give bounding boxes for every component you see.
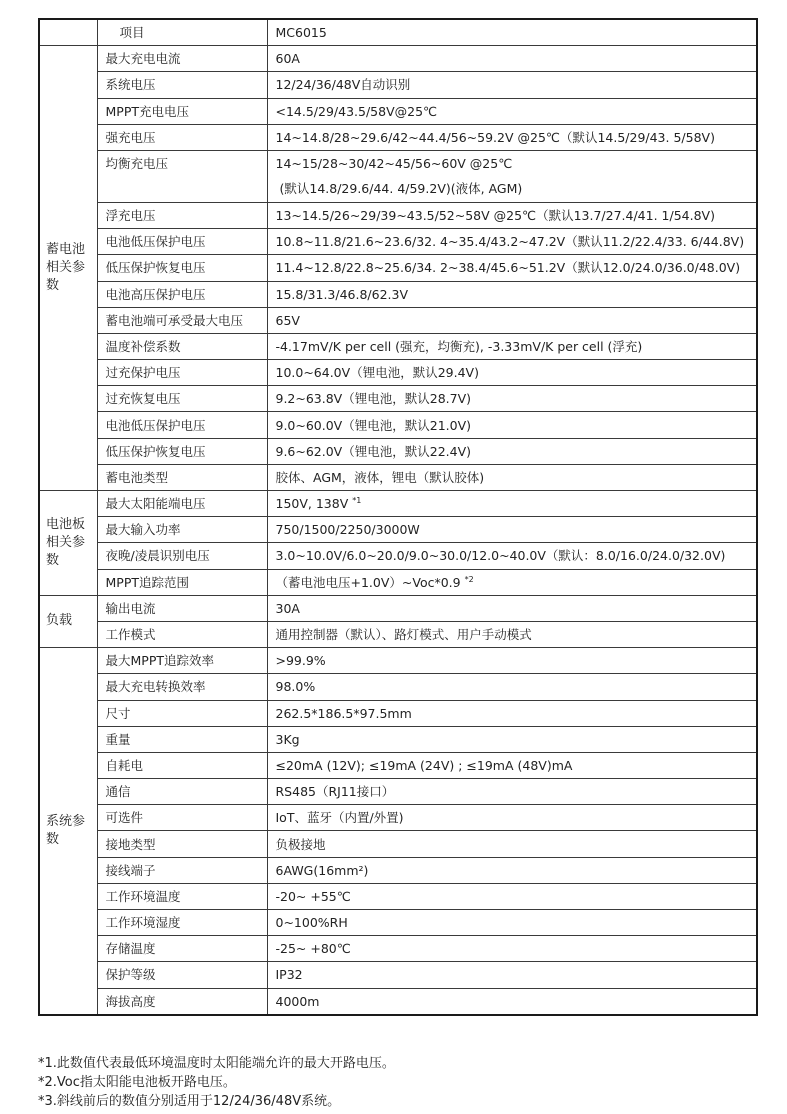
section-label-system: 系统参数 [39,648,97,1015]
param-value: （蓄电池电压+1.0V）~Voc*0.9*2 [267,569,757,595]
param-value-text: 9.2~63.8V（锂电池，默认28.7V) [276,391,472,406]
param-value-line2: (默认14.8/29.6/44. 4/59.2V)(液体, AGM) [276,176,749,201]
header-item: 项目 [97,19,267,46]
param-value-text: 9.0~60.0V（锂电池，默认21.0V) [276,418,472,433]
table-row: 系统电压12/24/36/48V自动识别 [39,72,757,98]
param-value: RS485（RJ11接口） [267,779,757,805]
param-value-text: 262.5*186.5*97.5mm [276,706,412,721]
param-value-text: 30A [276,601,300,616]
param-value-text: 150V, 138V [276,496,349,511]
table-row: 海拔高度4000m [39,988,757,1015]
param-name: 最大充电转换效率 [97,674,267,700]
param-name: 最大太阳能端电压 [97,491,267,517]
footnote-1: *1.此数值代表最低环境温度时太阳能端允许的最大开路电压。 [38,1054,395,1073]
param-value: 6AWG(16mm²) [267,857,757,883]
param-value-text: -20~ +55℃ [276,889,351,904]
spec-table: 项目 MC6015 蓄电池相关参数最大充电电流60A系统电压12/24/36/4… [38,18,758,1016]
section-label-text: 系统参数 [46,813,90,849]
param-value-text: -25~ +80℃ [276,941,351,956]
param-name: 过充恢复电压 [97,386,267,412]
param-value: 3Kg [267,726,757,752]
param-value-text: 3.0~10.0V/6.0~20.0/9.0~30.0/12.0~40.0V（默… [276,548,726,563]
header-category [39,19,97,46]
param-name: 自耗电 [97,752,267,778]
param-value: 9.6~62.0V（锂电池，默认22.4V) [267,438,757,464]
param-name: 低压保护恢复电压 [97,438,267,464]
param-name: MPPT充电电压 [97,98,267,124]
param-value: 4000m [267,988,757,1015]
param-name: 输出电流 [97,595,267,621]
table-row: 自耗电≤20mA (12V); ≤19mA (24V) ; ≤19mA (48V… [39,752,757,778]
param-value: 10.8~11.8/21.6~23.6/32. 4~35.4/43.2~47.2… [267,229,757,255]
table-row: 蓄电池端可承受最大电压65V [39,307,757,333]
param-value: 60A [267,46,757,72]
param-name: 电池低压保护电压 [97,229,267,255]
param-value: 9.2~63.8V（锂电池，默认28.7V) [267,386,757,412]
param-name: 通信 [97,779,267,805]
table-row: 工作环境温度-20~ +55℃ [39,883,757,909]
table-row: 重量3Kg [39,726,757,752]
param-value: 9.0~60.0V（锂电池，默认21.0V) [267,412,757,438]
param-value-text: 60A [276,51,300,66]
param-name: 海拔高度 [97,988,267,1015]
param-value: >99.9% [267,648,757,674]
param-value-text: ≤20mA (12V); ≤19mA (24V) ; ≤19mA (48V)mA [276,758,573,773]
param-value-text: 胶体、AGM，液体，锂电（默认胶体) [276,470,485,485]
param-value-text: <14.5/29/43.5/58V@25℃ [276,104,438,119]
param-name: 工作模式 [97,621,267,647]
param-name: 最大充电电流 [97,46,267,72]
table-row: 最大充电转换效率98.0% [39,674,757,700]
table-row: 接线端子6AWG(16mm²) [39,857,757,883]
param-value: 负极接地 [267,831,757,857]
param-name: MPPT追踪范围 [97,569,267,595]
param-name: 存储温度 [97,936,267,962]
param-value: 15.8/31.3/46.8/62.3V [267,281,757,307]
param-value-text: 通用控制器（默认）、路灯模式、用户手动模式 [276,627,532,642]
section-label-panel: 电池板相关参数 [39,491,97,596]
param-name: 过充保护电压 [97,360,267,386]
table-row: 可选件IoT、蓝牙（内置/外置) [39,805,757,831]
table-row: 电池板相关参数最大太阳能端电压150V, 138V*1 [39,491,757,517]
param-value: -20~ +55℃ [267,883,757,909]
param-name: 温度补偿系数 [97,333,267,359]
param-value-text: >99.9% [276,653,326,668]
table-row: 系统参数最大MPPT追踪效率>99.9% [39,648,757,674]
param-name: 接地类型 [97,831,267,857]
param-value-text: 15.8/31.3/46.8/62.3V [276,287,409,302]
table-row: 保护等级IP32 [39,962,757,988]
param-name: 最大输入功率 [97,517,267,543]
param-value: ≤20mA (12V); ≤19mA (24V) ; ≤19mA (48V)mA [267,752,757,778]
table-row: 夜晚/凌晨识别电压3.0~10.0V/6.0~20.0/9.0~30.0/12.… [39,543,757,569]
table-row: MPPT追踪范围（蓄电池电压+1.0V）~Voc*0.9*2 [39,569,757,595]
param-value: 13~14.5/26~29/39~43.5/52~58V @25℃（默认13.7… [267,202,757,228]
param-value-text: 4000m [276,994,320,1009]
footnote-2: *2.Voc指太阳能电池板开路电压。 [38,1073,395,1092]
table-row: 浮充电压13~14.5/26~29/39~43.5/52~58V @25℃（默认… [39,202,757,228]
param-value: 胶体、AGM，液体，锂电（默认胶体) [267,464,757,490]
param-value: -4.17mV/K per cell (强充，均衡充), -3.33mV/K p… [267,333,757,359]
section-label-text: 电池板相关参数 [46,516,90,570]
table-row: 电池低压保护电压10.8~11.8/21.6~23.6/32. 4~35.4/4… [39,229,757,255]
param-name: 浮充电压 [97,202,267,228]
param-name: 低压保护恢复电压 [97,255,267,281]
table-row: 过充保护电压10.0~64.0V（锂电池，默认29.4V) [39,360,757,386]
param-name: 最大MPPT追踪效率 [97,648,267,674]
param-value: 通用控制器（默认）、路灯模式、用户手动模式 [267,621,757,647]
param-value: 14~15/28~30/42~45/56~60V @25℃(默认14.8/29.… [267,150,757,202]
param-value: <14.5/29/43.5/58V@25℃ [267,98,757,124]
param-value: 11.4~12.8/22.8~25.6/34. 2~38.4/45.6~51.2… [267,255,757,281]
param-name: 蓄电池端可承受最大电压 [97,307,267,333]
param-name: 重量 [97,726,267,752]
param-value-text: 负极接地 [276,837,326,852]
param-value: 10.0~64.0V（锂电池，默认29.4V) [267,360,757,386]
param-name: 电池低压保护电压 [97,412,267,438]
table-row: 通信RS485（RJ11接口） [39,779,757,805]
param-value: -25~ +80℃ [267,936,757,962]
param-value: 14~14.8/28~29.6/42~44.4/56~59.2V @25℃（默认… [267,124,757,150]
param-value: 98.0% [267,674,757,700]
param-value-text: -4.17mV/K per cell (强充，均衡充), -3.33mV/K p… [276,339,643,354]
param-value-text: IP32 [276,967,303,982]
table-row: 蓄电池类型胶体、AGM，液体，锂电（默认胶体) [39,464,757,490]
param-value: 12/24/36/48V自动识别 [267,72,757,98]
header-model: MC6015 [267,19,757,46]
param-name: 接线端子 [97,857,267,883]
param-name: 系统电压 [97,72,267,98]
section-label-battery: 蓄电池相关参数 [39,46,97,491]
param-value-text: 750/1500/2250/3000W [276,522,420,537]
param-value-text: 9.6~62.0V（锂电池，默认22.4V) [276,444,472,459]
table-row: 低压保护恢复电压11.4~12.8/22.8~25.6/34. 2~38.4/4… [39,255,757,281]
param-value-text: IoT、蓝牙（内置/外置) [276,810,404,825]
param-value-text: RS485（RJ11接口） [276,784,395,799]
param-value-line1: 14~15/28~30/42~45/56~60V @25℃ [276,151,749,176]
table-row: 电池高压保护电压15.8/31.3/46.8/62.3V [39,281,757,307]
param-name: 夜晚/凌晨识别电压 [97,543,267,569]
param-value: 0~100%RH [267,910,757,936]
param-name: 尺寸 [97,700,267,726]
param-value: 65V [267,307,757,333]
param-value: IoT、蓝牙（内置/外置) [267,805,757,831]
param-value-text: 11.4~12.8/22.8~25.6/34. 2~38.4/45.6~51.2… [276,260,741,275]
table-row: 蓄电池相关参数最大充电电流60A [39,46,757,72]
param-name: 蓄电池类型 [97,464,267,490]
table-row: 工作模式通用控制器（默认）、路灯模式、用户手动模式 [39,621,757,647]
table-row: 接地类型负极接地 [39,831,757,857]
param-value-text: （蓄电池电压+1.0V）~Voc*0.9 [276,575,461,590]
table-row: 尺寸262.5*186.5*97.5mm [39,700,757,726]
section-label-text: 蓄电池相关参数 [46,241,90,295]
param-name: 工作环境湿度 [97,910,267,936]
footnote-marker: *2 [465,575,474,584]
param-value-text: 98.0% [276,679,316,694]
table-row: 低压保护恢复电压9.6~62.0V（锂电池，默认22.4V) [39,438,757,464]
param-value: 3.0~10.0V/6.0~20.0/9.0~30.0/12.0~40.0V（默… [267,543,757,569]
section-label-load: 负载 [39,595,97,647]
footnote-marker: *1 [352,496,361,505]
param-value-text: 10.0~64.0V（锂电池，默认29.4V) [276,365,479,380]
table-row: 强充电压14~14.8/28~29.6/42~44.4/56~59.2V @25… [39,124,757,150]
param-value-text: 65V [276,313,300,328]
table-row: 工作环境湿度0~100%RH [39,910,757,936]
table-row: 温度补偿系数-4.17mV/K per cell (强充，均衡充), -3.33… [39,333,757,359]
param-value-text: 0~100%RH [276,915,348,930]
footnotes: *1.此数值代表最低环境温度时太阳能端允许的最大开路电压。 *2.Voc指太阳能… [38,1054,395,1111]
table-row: 存储温度-25~ +80℃ [39,936,757,962]
param-value-text: 3Kg [276,732,300,747]
table-row: 负载输出电流30A [39,595,757,621]
param-name: 工作环境温度 [97,883,267,909]
table-row: 电池低压保护电压9.0~60.0V（锂电池，默认21.0V) [39,412,757,438]
param-name: 可选件 [97,805,267,831]
param-value: 30A [267,595,757,621]
param-value: 750/1500/2250/3000W [267,517,757,543]
param-name: 均衡充电压 [97,150,267,202]
table-row: MPPT充电电压<14.5/29/43.5/58V@25℃ [39,98,757,124]
header-row: 项目 MC6015 [39,19,757,46]
param-value-text: 12/24/36/48V自动识别 [276,77,411,92]
param-value-text: 14~14.8/28~29.6/42~44.4/56~59.2V @25℃（默认… [276,130,715,145]
param-name: 强充电压 [97,124,267,150]
param-name: 电池高压保护电压 [97,281,267,307]
param-value: IP32 [267,962,757,988]
param-name: 保护等级 [97,962,267,988]
param-value-text: 10.8~11.8/21.6~23.6/32. 4~35.4/43.2~47.2… [276,234,745,249]
footnote-3: *3.斜线前后的数值分别适用于12/24/36/48V系统。 [38,1092,395,1111]
table-row: 最大输入功率750/1500/2250/3000W [39,517,757,543]
table-row: 过充恢复电压9.2~63.8V（锂电池，默认28.7V) [39,386,757,412]
param-value: 262.5*186.5*97.5mm [267,700,757,726]
section-label-text: 负载 [46,612,90,630]
param-value-text: 13~14.5/26~29/39~43.5/52~58V @25℃（默认13.7… [276,208,715,223]
table-row: 均衡充电压14~15/28~30/42~45/56~60V @25℃(默认14.… [39,150,757,202]
param-value-text: 6AWG(16mm²) [276,863,369,878]
param-value: 150V, 138V*1 [267,491,757,517]
